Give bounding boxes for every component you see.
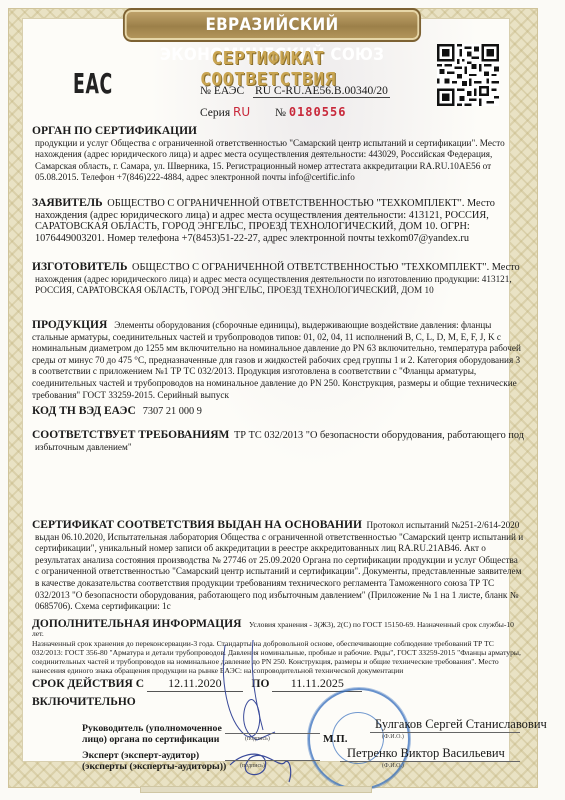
tn-ved-code: 7307 21 000 9	[143, 406, 202, 417]
eaes-number-line: № ЕАЭС RU C-RU.АЕ56.В.00340/20	[200, 85, 390, 97]
section-applicant: ЗАЯВИТЕЛЬ ОБЩЕСТВО С ОГРАНИЧЕННОЙ ОТВЕТС…	[32, 198, 524, 244]
head-name-line	[370, 732, 520, 733]
section-basis: СЕРТИФИКАТ СООТВЕТСТВИЯ ВЫДАН НА ОСНОВАН…	[32, 520, 524, 613]
expert-signature-line	[225, 760, 320, 761]
section-tn-ved-code: КОД ТН ВЭД ЕАЭС 7307 21 000 9	[32, 406, 524, 418]
stamp-label: М.П.	[323, 733, 347, 745]
expert-name: Петренко Виктор Васильевич	[347, 746, 505, 761]
section-heading: ПРОДУКЦИЯ	[32, 319, 107, 331]
section-heading: КОД ТН ВЭД ЕАЭС	[32, 405, 136, 417]
section-heading: ДОПОЛНИТЕЛЬНАЯ ИНФОРМАЦИЯ	[32, 618, 241, 630]
section-product: ПРОДУКЦИЯ Элементы оборудования (сборочн…	[32, 320, 524, 401]
series-value: RU	[233, 105, 250, 119]
validity-from-label: СРОК ДЕЙСТВИЯ С	[32, 678, 144, 690]
section-heading: ИЗГОТОВИТЕЛЬ	[32, 261, 127, 273]
section-heading: ОРГАН ПО СЕРТИФИКАЦИИ	[32, 126, 524, 138]
eaes-label: № ЕАЭС	[200, 85, 244, 97]
section-text: Элементы оборудования (сборочные единицы…	[32, 320, 521, 400]
section-heading: ЗАЯВИТЕЛЬ	[32, 197, 103, 209]
series-line: Серия RU № 0180556	[200, 105, 346, 119]
head-signature-line	[225, 733, 320, 734]
expert-name-caption: (Ф.И.О.)	[382, 763, 404, 769]
eaes-number: RU C-RU.АЕ56.В.00340/20	[253, 85, 390, 98]
section-lead: ОБЩЕСТВО С ОГРАНИЧЕННОЙ ОТВЕТСТВЕННОСТЬЮ…	[132, 262, 520, 273]
section-text: продукции и услуг Общества с ограниченно…	[32, 138, 524, 184]
union-banner: ЕВРАЗИЙСКИЙ ЭКОНОМИЧЕСКИЙ СОЮЗ	[123, 8, 421, 42]
section-heading: СЕРТИФИКАТ СООТВЕТСТВИЯ ВЫДАН НА ОСНОВАН…	[32, 519, 362, 531]
blank-number: 0180556	[289, 105, 347, 119]
printer-info-strip	[140, 786, 372, 793]
blank-number-label: №	[275, 107, 286, 119]
section-text: избыточным давлением"	[32, 442, 524, 454]
expert-name-line	[340, 761, 520, 762]
head-name-caption: (Ф.И.О.)	[382, 734, 404, 740]
section-text: нахождения (адрес юридического лица) и а…	[32, 274, 524, 297]
section-lead: Протокол испытаний №251-2/614-2020	[367, 520, 520, 530]
eac-logo: ЕАС	[73, 67, 113, 100]
head-signatory-name: Булгаков Сергей Станиславович	[375, 717, 547, 732]
series-label: Серия	[200, 107, 230, 119]
section-heading: СООТВЕТСТВУЕТ ТРЕБОВАНИЯМ	[32, 429, 229, 441]
section-lead: ТР ТС 032/2013 "О безопасности оборудова…	[234, 430, 524, 441]
certificate-title: СЕРТИФИКАТ СООТВЕТСТВИЯ	[150, 48, 386, 90]
section-text: нахождения (адрес юридического лица) и а…	[32, 210, 524, 245]
head-signatory-label: Руководитель (уполномоченное лицо) орган…	[82, 723, 232, 745]
section-lead: ОБЩЕСТВО С ОГРАНИЧЕННОЙ ОТВЕТСТВЕННОСТЬЮ…	[107, 198, 495, 209]
qr-code-icon	[437, 44, 499, 106]
expert-signature-caption: (подпись)	[240, 763, 265, 769]
section-conformity: СООТВЕТСТВУЕТ ТРЕБОВАНИЯМ ТР ТС 032/2013…	[32, 430, 524, 453]
head-signature-caption: (подпись)	[245, 736, 270, 742]
expert-label: Эксперт (эксперт-аудитор) (эксперты (экс…	[82, 750, 232, 772]
section-manufacturer: ИЗГОТОВИТЕЛЬ ОБЩЕСТВО С ОГРАНИЧЕННОЙ ОТВ…	[32, 262, 524, 297]
section-text: выдан 06.10.2020, Испытательная лаборато…	[32, 532, 524, 613]
section-certification-body: ОРГАН ПО СЕРТИФИКАЦИИ продукции и услуг …	[32, 126, 524, 184]
